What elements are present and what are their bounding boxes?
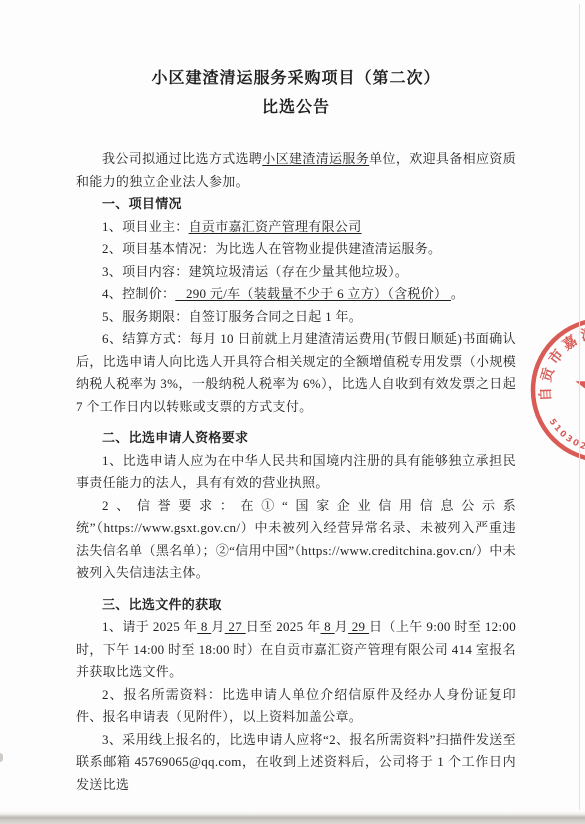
date-month-2: 8 bbox=[321, 619, 335, 634]
date-day-1: 27 bbox=[225, 619, 246, 634]
section1-item6: 6、结算方式：每月 10 日前就上月建渣清运费用(节假日顺延)书面确认后，比选申… bbox=[76, 328, 516, 418]
intro-text: 我公司拟通过比选方式选聘 bbox=[102, 151, 262, 166]
document-title-line1: 小区建渣清运服务采购项目（第二次） bbox=[76, 64, 516, 93]
project-owner-name: 自贡市嘉汇资产管理有限公司 bbox=[189, 219, 362, 234]
star-icon bbox=[575, 362, 585, 413]
control-price-label: 4、控制价： bbox=[102, 286, 175, 301]
section2-item1: 1、比选申请人应为在中华人民共和国境内注册的具有能够独立承担民事责任能力的法人，… bbox=[76, 450, 516, 495]
section1-item2: 2、项目基本情况：为比选人在管物业提供建渣清运服务。 bbox=[76, 238, 516, 261]
date-text: 1、请于 2025 年 bbox=[102, 619, 197, 634]
project-owner-label: 1、项目业主： bbox=[102, 219, 189, 234]
scan-artifact-speck bbox=[0, 753, 3, 762]
seal-outer-ring bbox=[533, 320, 585, 460]
date-month-1: 8 bbox=[197, 619, 211, 634]
control-price-tail: 。 bbox=[451, 286, 464, 301]
page-bottom-shadow bbox=[0, 811, 585, 824]
section1-heading: 一、项目情况 bbox=[76, 193, 516, 216]
scanned-document-page: 小区建渣清运服务采购项目（第二次） 比选公告 我公司拟通过比选方式选聘小区建渣清… bbox=[0, 0, 585, 824]
date-text: 月 bbox=[335, 619, 348, 634]
document-title-line2: 比选公告 bbox=[76, 93, 516, 122]
section1-item5: 5、服务期限：自签订服务合同之日起 1 年。 bbox=[76, 306, 516, 329]
section1-item3: 3、项目内容：建筑垃圾清运（存在少量其他垃圾）。 bbox=[76, 261, 516, 284]
intro-paragraph: 我公司拟通过比选方式选聘小区建渣清运服务单位，欢迎具备相应资质和能力的独立企业法… bbox=[76, 148, 516, 193]
control-price-value: 290 元/车（装载量不少于 6 立方）（含税价） bbox=[175, 286, 451, 301]
svg-text:自贡市嘉汇资产管理有限公司: 自贡市嘉汇资产管理有限公司 bbox=[537, 323, 585, 449]
seal-company-arc-text: 自贡市嘉汇资产管理有限公司 bbox=[537, 323, 585, 449]
section3-heading: 三、比选文件的获取 bbox=[76, 594, 516, 617]
section1-item1: 1、项目业主：自贡市嘉汇资产管理有限公司 bbox=[76, 216, 516, 239]
section2-heading: 二、比选申请人资格要求 bbox=[76, 427, 516, 450]
page-scan-edge-line bbox=[579, 4, 580, 810]
section1-item4: 4、控制价： 290 元/车（装载量不少于 6 立方）（含税价） 。 bbox=[76, 283, 516, 306]
date-text: 月 bbox=[211, 619, 224, 634]
section3-item3: 3、采用线上报名的，比选申请人应将“2、报名所需资料”扫描件发送至联系邮箱 45… bbox=[76, 729, 516, 797]
intro-underlined-service-name: 小区建渣清运服务 bbox=[262, 151, 369, 166]
document-body: 小区建渣清运服务采购项目（第二次） 比选公告 我公司拟通过比选方式选聘小区建渣清… bbox=[76, 64, 516, 796]
date-text: 日至 2025 年 bbox=[246, 619, 321, 634]
section2-item2: 2、信誉要求：在①“国家企业信用信息公示系统”（https://www.gsxt… bbox=[76, 495, 516, 585]
section3-item2: 2、报名所需资料：比选申请人单位介绍信原件及经办人身份证复印件、报名申请表（见附… bbox=[76, 684, 516, 729]
date-day-2: 29 bbox=[348, 619, 369, 634]
section3-item1: 1、请于 2025 年 8 月 27 日至 2025 年 8 月 29 日（上午… bbox=[76, 616, 516, 684]
